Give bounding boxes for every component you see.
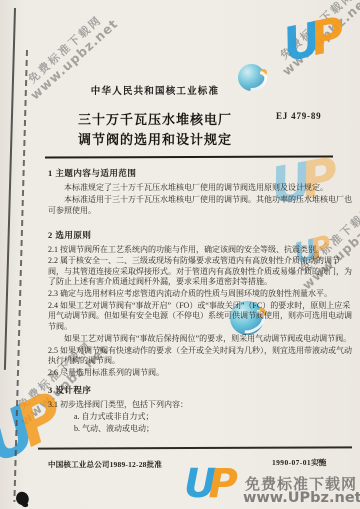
paragraph: 本标准适用于三十万千瓦压水堆核电厂使用的调节阀。其他功率的压水堆核电厂也可参照使… xyxy=(48,195,354,216)
section-2: 2 选用原则 2.1 按调节阀所在工艺系统内的功能与作用，确定该阀的安全等级、抗… xyxy=(48,230,354,378)
up-logo-icon: UP xyxy=(184,464,238,504)
list-item: b. 气动、液动或电动； xyxy=(48,424,354,434)
page-number: 01 xyxy=(317,458,324,465)
watermark-big-site-url: www.UPbz.net xyxy=(243,490,360,506)
watermark-site-name: 免费标准下载网 xyxy=(272,0,360,68)
paragraph: 本标准规定了三十万千瓦压水堆核电厂使用的调节阀选用原则及设计规定。 xyxy=(48,183,354,193)
approval-note: 中国核工业总公司1989-12-28批准 xyxy=(48,459,162,470)
document-title-line1: 三十万千瓦压水堆核电厂 xyxy=(25,109,285,128)
paragraph: 2.2 属于核安全一、二、三级或现场有防爆要求或管道内有高放射性介质流动的调节阀… xyxy=(48,256,354,287)
scanned-standard-page: 免费标准下载网 www.upbz.net 免费标准下载网 www.upbz.ne… xyxy=(0,0,360,509)
scan-spine-line xyxy=(4,8,16,370)
paragraph: 2.6 尽量选用标准系列的调节阀。 xyxy=(48,368,354,378)
section-heading: 3 设计程序 xyxy=(48,385,354,395)
list-item: a. 自力式或非自力式； xyxy=(48,412,354,422)
watermark-site-url: www.upbz.net xyxy=(280,0,360,79)
paragraph: 2.1 按调节阀所在工艺系统内的功能与作用，确定该阀的安全等级、抗震类别。 xyxy=(48,245,354,255)
up-logo-icon: UP xyxy=(279,10,349,68)
section-heading: 1 主题内容与适用范围 xyxy=(48,168,354,178)
paragraph: 2.5 如果对调节阀有快速动作的要求（全开或全关时间为几秒），则宜选用带液动或气… xyxy=(48,346,354,367)
ink-blob xyxy=(14,490,30,506)
section-heading: 2 选用原则 xyxy=(48,230,354,240)
watermark-site-text: 免费标准下载网 www.upbz.net xyxy=(272,0,360,79)
standard-number: EJ 479-89 xyxy=(276,111,321,121)
section-1: 1 主题内容与适用范围 本标准规定了三十万千瓦压水堆核电厂使用的调节阀选用原则及… xyxy=(48,168,354,216)
standard-org-label: 中华人民共和国核工业标准 xyxy=(30,83,280,97)
document-title-line2: 调节阀的选用和设计规定 xyxy=(25,129,285,148)
section-3: 3 设计程序 3.1 初步选择阀门类型，包括下列内容： a. 自力式或非自力式；… xyxy=(48,385,354,434)
header-divider xyxy=(45,155,333,158)
watermark-site-name: 免费标准下载网 xyxy=(20,8,112,93)
paragraph: 3.1 初步选择阀门类型，包括下列内容： xyxy=(48,400,354,410)
document-body: 1 主题内容与适用范围 本标准规定了三十万千瓦压水堆核电厂使用的调节阀选用原则及… xyxy=(48,168,354,436)
paragraph: 2.4 如果工艺对调节阀有“事故开启”（FO）或“事故关闭”（FC）的要求时，原… xyxy=(48,301,354,332)
footer-divider xyxy=(38,446,352,449)
paragraph: 如果工艺对调节阀有“事故后保持阀位”的要求，则采用气动调节阀或电动调节阀。 xyxy=(48,334,354,344)
paragraph: 2.3 确定与选用材料应考虑管道内流动介质的性质与周围环境的放射性剂量水平。 xyxy=(48,289,354,299)
